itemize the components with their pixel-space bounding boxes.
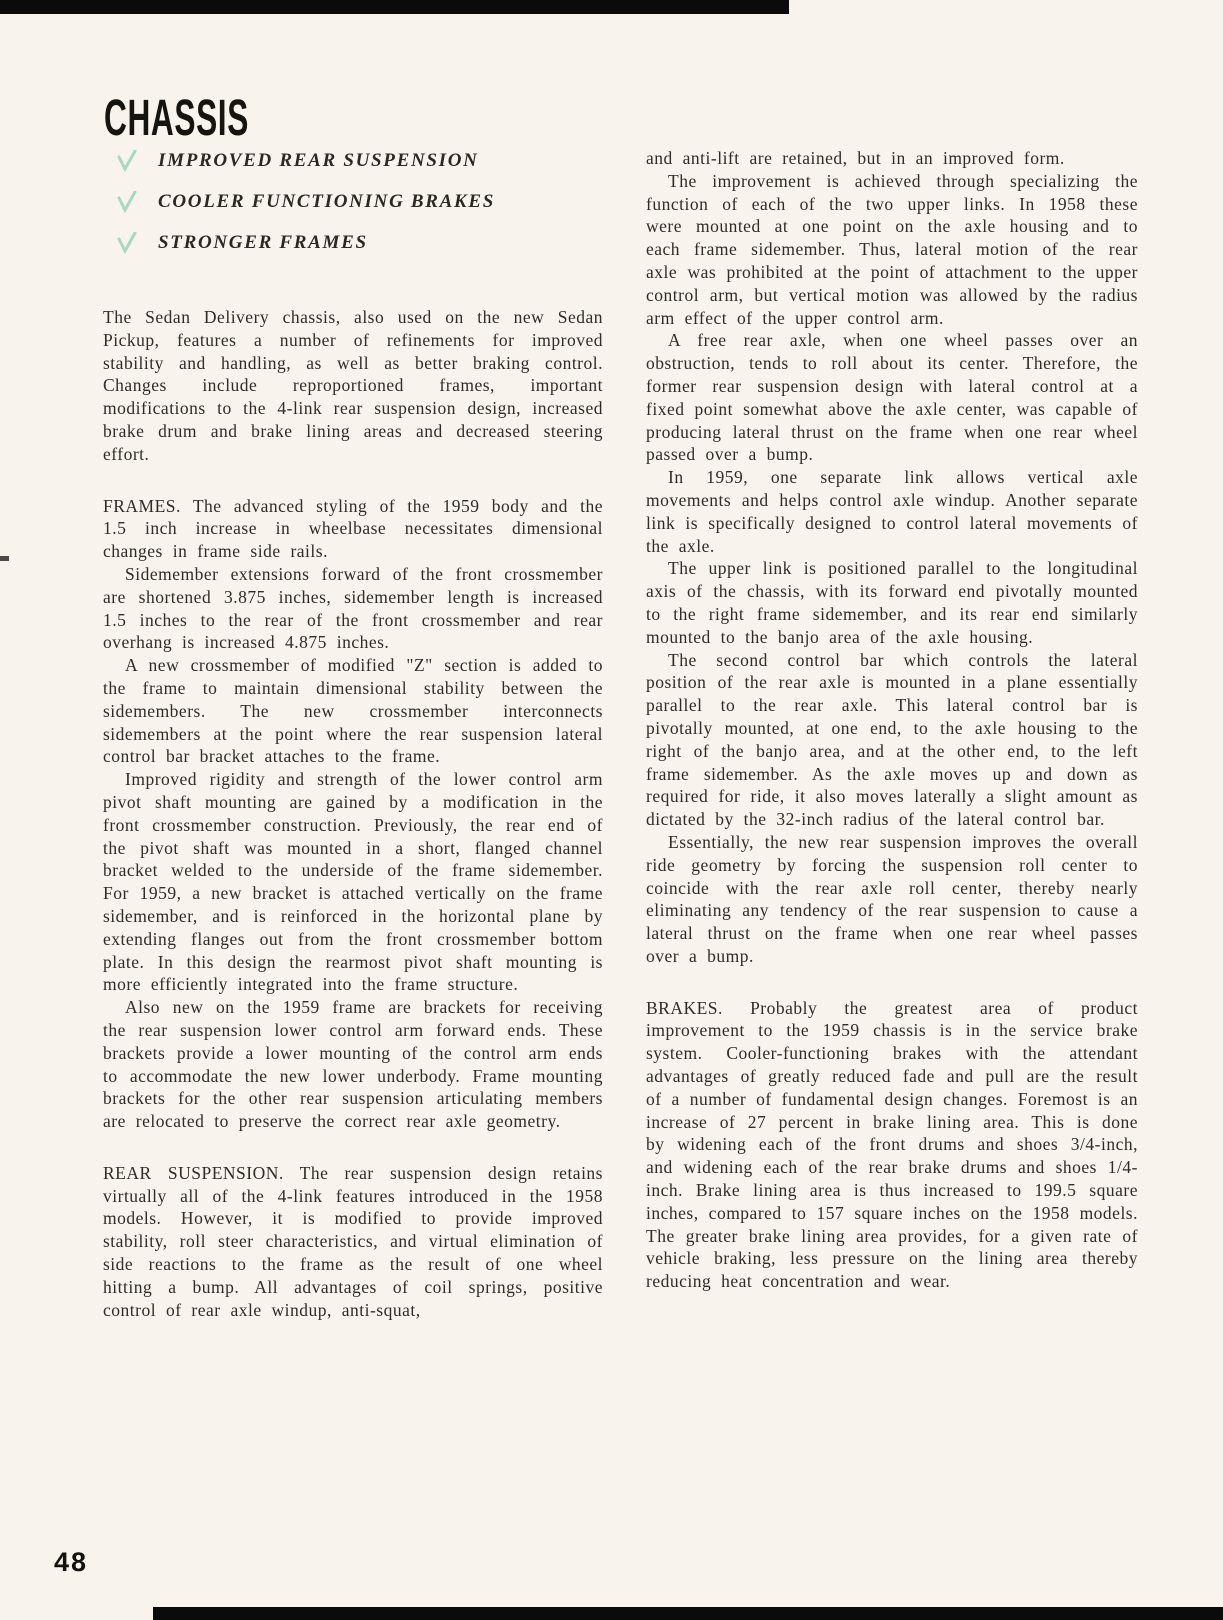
page-title: CHASSIS (104, 92, 249, 143)
body-paragraph: Also new on the 1959 frame are brackets … (103, 996, 603, 1133)
body-paragraph: The upper link is positioned parallel to… (646, 557, 1138, 648)
feature-label: IMPROVED REAR SUSPENSION (158, 150, 479, 172)
feature-item: IMPROVED REAR SUSPENSION (116, 140, 495, 181)
body-paragraph: Improved rigidity and strength of the lo… (103, 768, 603, 996)
body-paragraph: FRAMES. The advanced styling of the 1959… (103, 495, 603, 563)
body-paragraph: The Sedan Delivery chassis, also used on… (103, 306, 603, 466)
body-paragraph: REAR SUSPENSION. The rear suspension des… (103, 1162, 603, 1322)
scan-edge-bar-bottom (153, 1607, 1223, 1620)
check-icon (116, 232, 138, 254)
body-paragraph: A free rear axle, when one wheel passes … (646, 329, 1138, 466)
scan-edge-bar-top (0, 0, 789, 14)
body-paragraph: The second control bar which controls th… (646, 649, 1138, 831)
body-paragraph: and anti-lift are retained, but in an im… (646, 147, 1138, 170)
feature-label: STRONGER FRAMES (158, 232, 368, 254)
scan-edge-tick (0, 556, 9, 561)
body-paragraph: In 1959, one separate link allows vertic… (646, 466, 1138, 557)
feature-item: COOLER FUNCTIONING BRAKES (116, 181, 495, 222)
feature-label: COOLER FUNCTIONING BRAKES (158, 191, 495, 213)
body-paragraph: Sidemember extensions forward of the fro… (103, 563, 603, 654)
feature-checklist: IMPROVED REAR SUSPENSION COOLER FUNCTION… (116, 140, 495, 263)
body-paragraph: The improvement is achieved through spec… (646, 170, 1138, 330)
check-icon (116, 150, 138, 172)
page-number: 48 (54, 1547, 88, 1578)
body-paragraph: A new crossmember of modified "Z" sectio… (103, 654, 603, 768)
right-text-column: and anti-lift are retained, but in an im… (646, 147, 1138, 1293)
scanned-document-page: { "page": { "title": "CHASSIS", "page_nu… (0, 0, 1223, 1620)
body-paragraph: BRAKES. Probably the greatest area of pr… (646, 997, 1138, 1293)
check-icon (116, 191, 138, 213)
feature-item: STRONGER FRAMES (116, 222, 495, 263)
left-text-column: The Sedan Delivery chassis, also used on… (103, 306, 603, 1321)
body-paragraph: Essentially, the new rear suspension imp… (646, 831, 1138, 968)
